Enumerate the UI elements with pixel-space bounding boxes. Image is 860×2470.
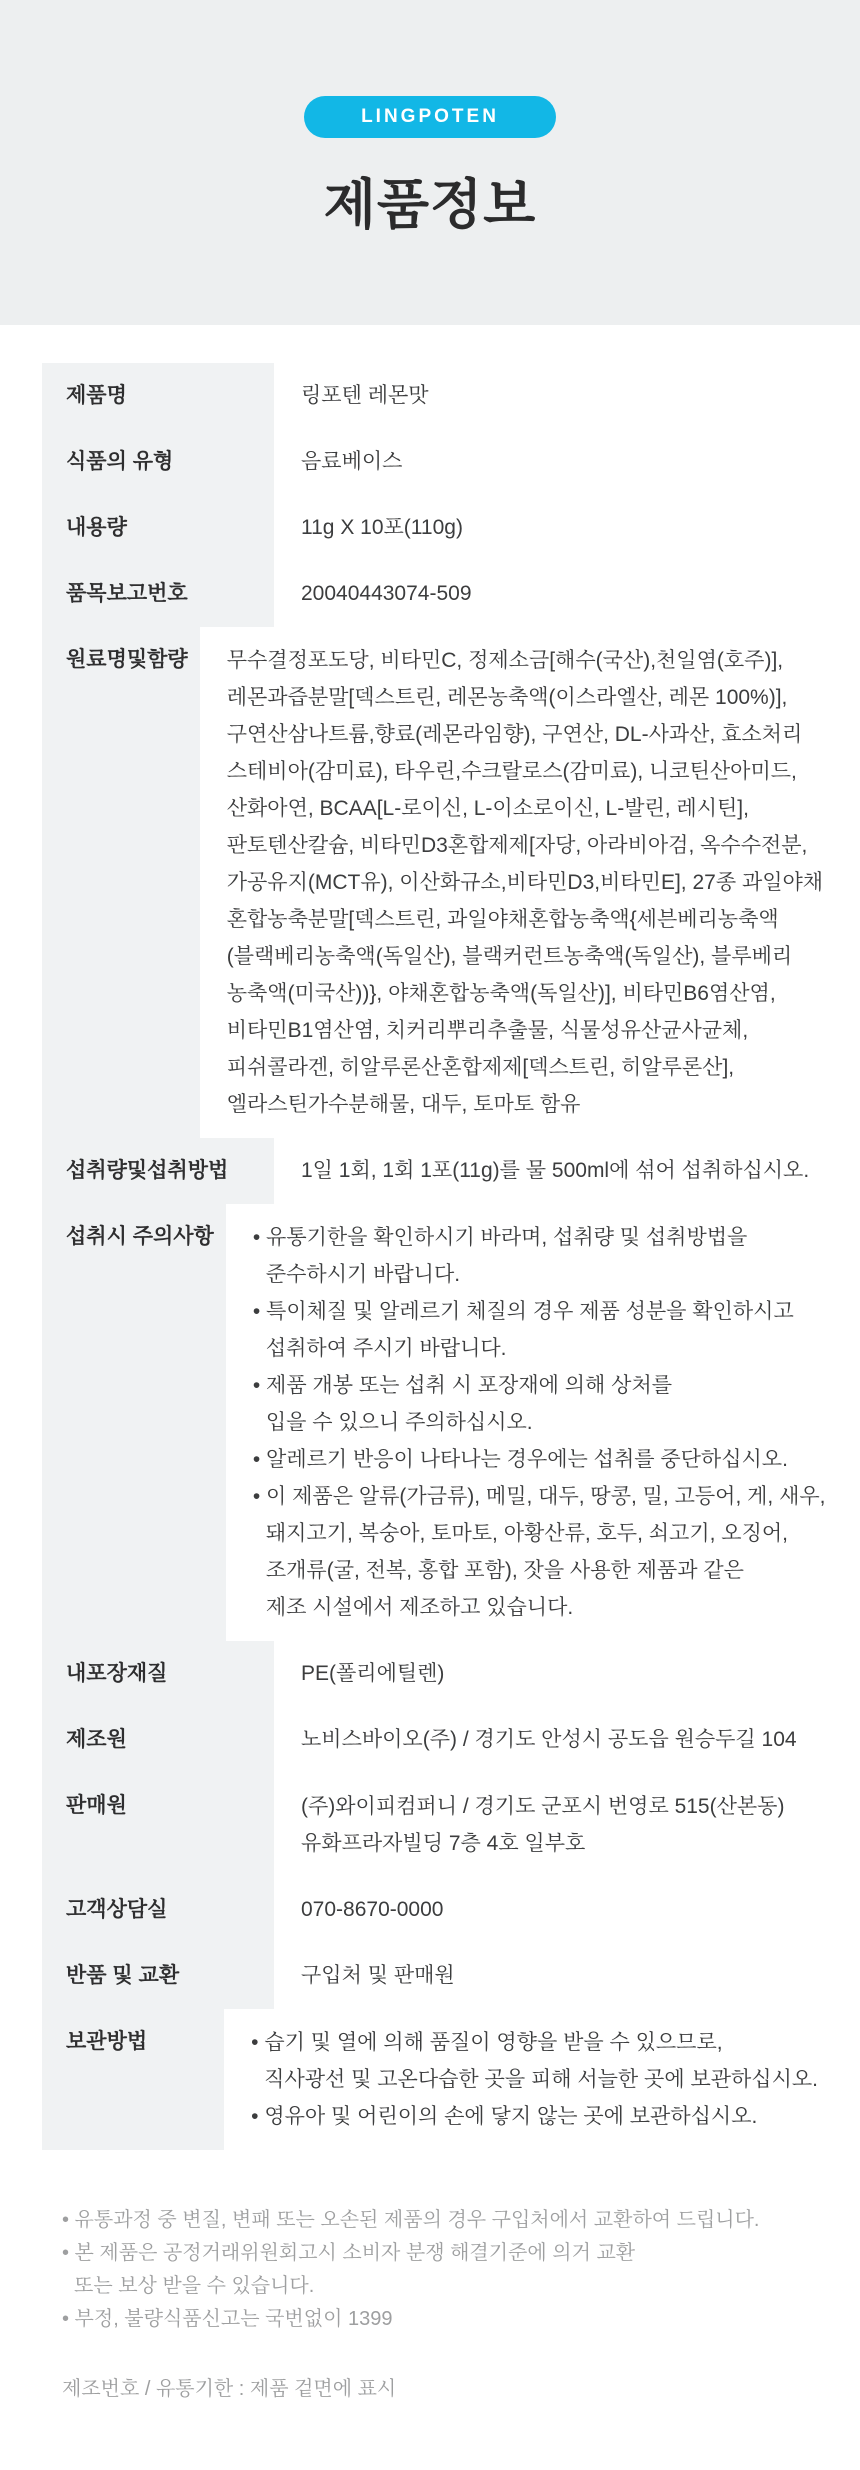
- table-row: 품목보고번호20040443074-509: [42, 561, 818, 627]
- brand-badge: LINGPOTEN: [304, 96, 556, 138]
- value-line: 구입처 및 판매원: [301, 1964, 818, 1988]
- value-line: 구연산삼나트륨,향료(레몬라임향), 구연산, DL-사과산, 효소처리: [227, 716, 823, 753]
- value-line: • 특이체질 및 알레르기 체질의 경우 제품 성분을 확인하시고: [253, 1293, 826, 1330]
- table-row: 내용량11g X 10포(110g): [42, 495, 818, 561]
- value-line: 유화프라자빌딩 7층 4호 일부호: [301, 1825, 818, 1862]
- value-line: 스테비아(감미료), 타우린,수크랄로스(감미료), 니코틴산아미드,: [227, 753, 823, 790]
- row-label: 섭취시 주의사항: [42, 1204, 226, 1641]
- row-label: 고객상담실: [42, 1877, 274, 1943]
- value-line: 입을 수 있으니 주의하십시오.: [253, 1404, 826, 1441]
- row-value: 노비스바이오(주) / 경기도 안성시 공도읍 원승두길 104: [274, 1707, 818, 1773]
- row-label: 보관방법: [42, 2009, 224, 2150]
- value-line: 070-8670-0000: [301, 1898, 818, 1922]
- value-line: 음료베이스: [301, 450, 818, 474]
- product-info-page: LINGPOTEN 제품정보 제품명링포텐 레몬맛식품의 유형음료베이스내용량1…: [0, 0, 860, 2470]
- value-line: • 알레르기 반응이 나타나는 경우에는 섭취를 중단하십시오.: [253, 1441, 826, 1478]
- table-row: 내포장재질PE(폴리에틸렌): [42, 1641, 818, 1707]
- value-line: • 습기 및 열에 의해 품질이 영향을 받을 수 있으므로,: [251, 2024, 818, 2061]
- row-value: 구입처 및 판매원: [274, 1943, 818, 2009]
- footnote-line: 또는 보상 받을 수 있습니다.: [62, 2270, 818, 2303]
- value-line: 제조 시설에서 제조하고 있습니다.: [253, 1589, 826, 1626]
- footnote-line: • 본 제품은 공정거래위원회고시 소비자 분쟁 해결기준에 의거 교환: [62, 2237, 818, 2270]
- row-value: (주)와이피컴퍼니 / 경기도 군포시 번영로 515(산본동)유화프라자빌딩 …: [274, 1773, 818, 1877]
- footnote-line: • 부정, 불량식품신고는 국번없이 1399: [62, 2303, 818, 2336]
- footnote-line: • 유통과정 중 변질, 변패 또는 오손된 제품의 경우 구입처에서 교환하여…: [62, 2204, 818, 2237]
- value-line: 산화아연, BCAA[L-로이신, L-이소로이신, L-발린, 레시틴],: [227, 790, 823, 827]
- value-line: 비타민B1염산염, 치커리뿌리추출물, 식물성유산균사균체,: [227, 1012, 823, 1049]
- row-label: 섭취량및섭취방법: [42, 1138, 274, 1204]
- value-line: 노비스바이오(주) / 경기도 안성시 공도읍 원승두길 104: [301, 1728, 818, 1752]
- row-value: • 습기 및 열에 의해 품질이 영향을 받을 수 있으므로,직사광선 및 고온…: [224, 2009, 818, 2150]
- row-value: • 유통기한을 확인하시기 바라며, 섭취량 및 섭취방법을준수하시기 바랍니다…: [226, 1204, 826, 1641]
- row-label: 제품명: [42, 363, 274, 429]
- table-row: 섭취량및섭취방법1일 1회, 1회 1포(11g)를 물 500ml에 섞어 섭…: [42, 1138, 818, 1204]
- footer-notes: • 유통과정 중 변질, 변패 또는 오손된 제품의 경우 구입처에서 교환하여…: [62, 2204, 818, 2336]
- row-value: 링포텐 레몬맛: [274, 363, 818, 429]
- table-row: 판매원(주)와이피컴퍼니 / 경기도 군포시 번영로 515(산본동)유화프라자…: [42, 1773, 818, 1877]
- product-info-table: 제품명링포텐 레몬맛식품의 유형음료베이스내용량11g X 10포(110g)품…: [42, 363, 818, 2150]
- value-line: 조개류(굴, 전복, 홍합 포함), 잣을 사용한 제품과 같은: [253, 1552, 826, 1589]
- row-label: 식품의 유형: [42, 429, 274, 495]
- row-value: 1일 1회, 1회 1포(11g)를 물 500ml에 섞어 섭취하십시오.: [274, 1138, 818, 1204]
- row-value: PE(폴리에틸렌): [274, 1641, 818, 1707]
- value-line: 피쉬콜라겐, 히알루론산혼합제제[덱스트린, 히알루론산],: [227, 1049, 823, 1086]
- row-value: 음료베이스: [274, 429, 818, 495]
- row-label: 품목보고번호: [42, 561, 274, 627]
- table-row: 제조원노비스바이오(주) / 경기도 안성시 공도읍 원승두길 104: [42, 1707, 818, 1773]
- value-line: 1일 1회, 1회 1포(11g)를 물 500ml에 섞어 섭취하십시오.: [301, 1159, 818, 1183]
- row-label: 반품 및 교환: [42, 1943, 274, 2009]
- value-line: 20040443074-509: [301, 582, 818, 606]
- table-row: 원료명및함량무수결정포도당, 비타민C, 정제소금[해수(국산),천일염(호주)…: [42, 627, 818, 1138]
- value-line: 링포텐 레몬맛: [301, 384, 818, 408]
- bottom-note: 제조번호 / 유통기한 : 제품 겉면에 표시: [62, 2372, 818, 2435]
- page-title: 제품정보: [0, 162, 860, 239]
- value-line: 돼지고기, 복숭아, 토마토, 아황산류, 호두, 쇠고기, 오징어,: [253, 1515, 826, 1552]
- row-label: 판매원: [42, 1773, 274, 1877]
- value-line: 농축액(미국산))}, 야채혼합농축액(독일산)], 비타민B6염산염,: [227, 975, 823, 1012]
- value-line: 섭취하여 주시기 바랍니다.: [253, 1330, 826, 1367]
- value-line: • 이 제품은 알류(가금류), 메밀, 대두, 땅콩, 밀, 고등어, 게, …: [253, 1478, 826, 1515]
- row-label: 내포장재질: [42, 1641, 274, 1707]
- row-label: 제조원: [42, 1707, 274, 1773]
- value-line: PE(폴리에틸렌): [301, 1662, 818, 1686]
- content-area: 제품명링포텐 레몬맛식품의 유형음료베이스내용량11g X 10포(110g)품…: [0, 325, 860, 2435]
- hero-header: LINGPOTEN 제품정보: [0, 0, 860, 325]
- row-value: 무수결정포도당, 비타민C, 정제소금[해수(국산),천일염(호주)],레몬과즙…: [200, 627, 823, 1138]
- table-row: 섭취시 주의사항• 유통기한을 확인하시기 바라며, 섭취량 및 섭취방법을준수…: [42, 1204, 818, 1641]
- value-line: • 제품 개봉 또는 섭취 시 포장재에 의해 상처를: [253, 1367, 826, 1404]
- value-line: 무수결정포도당, 비타민C, 정제소금[해수(국산),천일염(호주)],: [227, 642, 823, 679]
- value-line: 준수하시기 바랍니다.: [253, 1256, 826, 1293]
- value-line: • 영유아 및 어린이의 손에 닿지 않는 곳에 보관하십시오.: [251, 2098, 818, 2135]
- value-line: 혼합농축분말[덱스트린, 과일야채혼합농축액{세븐베리농축액: [227, 901, 823, 938]
- value-line: 직사광선 및 고온다습한 곳을 피해 서늘한 곳에 보관하십시오.: [251, 2061, 818, 2098]
- value-line: 판토텐산칼슘, 비타민D3혼합제제[자당, 아라비아검, 옥수수전분,: [227, 827, 823, 864]
- table-row: 반품 및 교환구입처 및 판매원: [42, 1943, 818, 2009]
- value-line: (블랙베리농축액(독일산), 블랙커런트농축액(독일산), 블루베리: [227, 938, 823, 975]
- row-value: 11g X 10포(110g): [274, 495, 818, 561]
- table-row: 보관방법• 습기 및 열에 의해 품질이 영향을 받을 수 있으므로,직사광선 …: [42, 2009, 818, 2150]
- value-line: 레몬과즙분말[덱스트린, 레몬농축액(이스라엘산, 레몬 100%)],: [227, 679, 823, 716]
- value-line: (주)와이피컴퍼니 / 경기도 군포시 번영로 515(산본동): [301, 1788, 818, 1825]
- value-line: 11g X 10포(110g): [301, 516, 818, 540]
- value-line: 가공유지(MCT유), 이산화규소,비타민D3,비타민E], 27종 과일야채: [227, 864, 823, 901]
- value-line: 엘라스틴가수분해물, 대두, 토마토 함유: [227, 1086, 823, 1123]
- row-value: 20040443074-509: [274, 561, 818, 627]
- row-value: 070-8670-0000: [274, 1877, 818, 1943]
- table-row: 고객상담실070-8670-0000: [42, 1877, 818, 1943]
- row-label: 원료명및함량: [42, 627, 200, 1138]
- table-row: 제품명링포텐 레몬맛: [42, 363, 818, 429]
- value-line: • 유통기한을 확인하시기 바라며, 섭취량 및 섭취방법을: [253, 1219, 826, 1256]
- table-row: 식품의 유형음료베이스: [42, 429, 818, 495]
- row-label: 내용량: [42, 495, 274, 561]
